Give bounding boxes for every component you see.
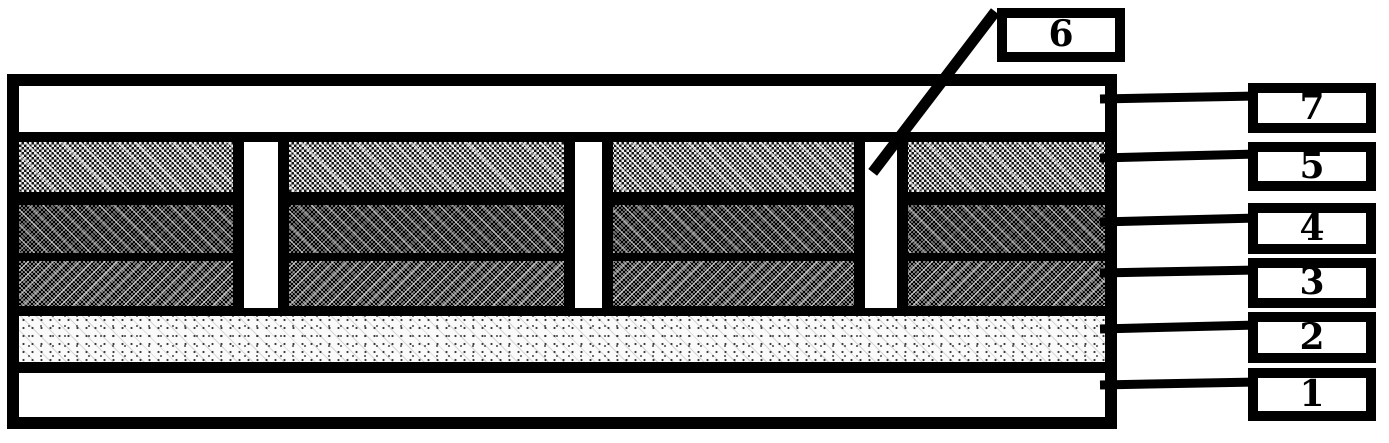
leader-line-3: [1100, 270, 1258, 273]
callout-label-7: 7: [1299, 89, 1324, 125]
callout-label-6: 6: [1048, 16, 1073, 52]
callout-box-5: 5: [1248, 142, 1376, 191]
figure-canvas: 6 7 5 4 3 2 1: [0, 0, 1389, 443]
via-slot-1: [233, 142, 289, 308]
layer-separator: [19, 362, 1105, 373]
leader-line-7: [1100, 96, 1258, 99]
callout-box-2: 2: [1248, 312, 1376, 363]
layer-separator: [19, 306, 1105, 316]
layer-separator: [19, 253, 1105, 261]
via-slot-2: [564, 142, 613, 308]
callout-box-4: 4: [1248, 203, 1376, 254]
layer-1: [19, 373, 1105, 417]
layer-2: [19, 316, 1105, 362]
leader-line-5: [1100, 154, 1258, 158]
callout-box-1: 1: [1248, 368, 1376, 421]
layer-4: [19, 205, 1105, 253]
callout-label-4: 4: [1299, 210, 1324, 246]
layer-separator: [19, 192, 1105, 205]
callout-label-3: 3: [1299, 264, 1324, 300]
callout-label-1: 1: [1299, 376, 1324, 412]
leader-line-2: [1100, 325, 1258, 329]
callout-label-2: 2: [1299, 319, 1324, 355]
callout-label-5: 5: [1299, 148, 1324, 184]
leader-line-1: [1100, 382, 1258, 385]
layer-5: [19, 142, 1105, 192]
layer-separator: [19, 132, 1105, 142]
leader-line-4: [1100, 218, 1258, 222]
layer-7: [19, 86, 1105, 132]
callout-box-7: 7: [1248, 83, 1376, 133]
device-cross-section: [7, 74, 1117, 429]
callout-box-6: 6: [997, 8, 1125, 62]
via-slot-3: [854, 142, 908, 308]
layer-3: [19, 261, 1105, 306]
callout-box-3: 3: [1248, 258, 1376, 308]
